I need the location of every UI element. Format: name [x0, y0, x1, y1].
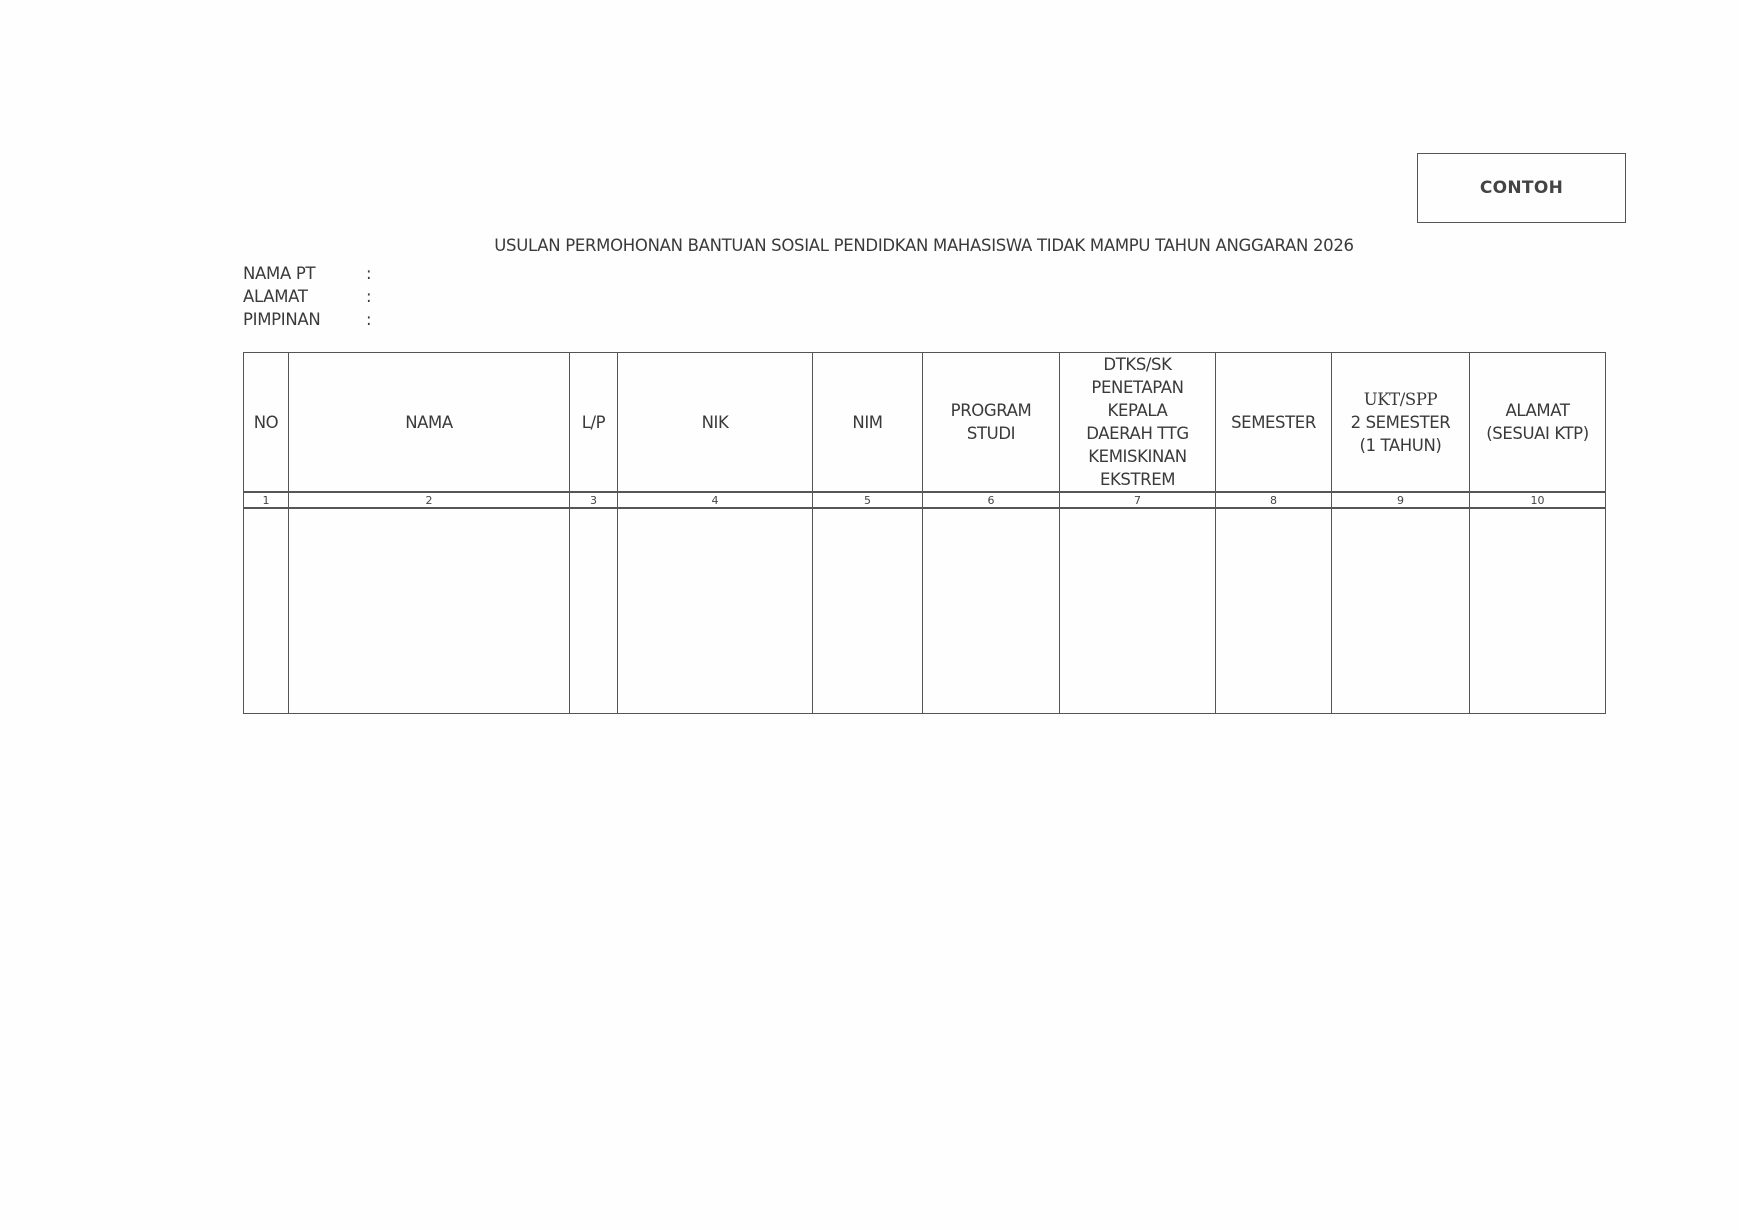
pimpinan-field[interactable] [378, 308, 578, 331]
header-line: (SESUAI KTP) [1470, 422, 1605, 445]
header-line: UKT/SPP [1332, 388, 1469, 411]
column-number-row: 1 2 3 4 5 6 7 8 9 10 [244, 492, 1606, 508]
column-number: 10 [1470, 492, 1606, 508]
info-row-nama-pt: NAMA PT : [243, 262, 578, 285]
column-header-alamat-ktp: ALAMAT (SESUAI KTP) [1470, 353, 1606, 493]
cell-nik[interactable] [618, 508, 813, 714]
header-line: KEMISKINAN [1060, 445, 1215, 468]
info-label: ALAMAT [243, 285, 366, 308]
column-header-program-studi: PROGRAM STUDI [923, 353, 1060, 493]
column-header-no: NO [244, 353, 289, 493]
cell-alamat-ktp[interactable] [1470, 508, 1606, 714]
header-line: ALAMAT [1470, 399, 1605, 422]
column-number: 5 [813, 492, 923, 508]
column-header-nim: NIM [813, 353, 923, 493]
column-number: 3 [570, 492, 618, 508]
info-colon: : [366, 262, 378, 285]
column-header-nik: NIK [618, 353, 813, 493]
column-number: 7 [1060, 492, 1216, 508]
header-line: (1 TAHUN) [1332, 434, 1469, 457]
column-number: 6 [923, 492, 1060, 508]
contoh-label: CONTOH [1480, 178, 1563, 198]
nama-pt-field[interactable] [378, 262, 578, 285]
contoh-stamp-box: CONTOH [1417, 153, 1626, 223]
column-header-semester: SEMESTER [1216, 353, 1332, 493]
cell-no[interactable] [244, 508, 289, 714]
column-header-ukt-spp: UKT/SPP 2 SEMESTER (1 TAHUN) [1332, 353, 1470, 493]
cell-nama[interactable] [289, 508, 570, 714]
header-line: DTKS/SK [1060, 353, 1215, 376]
column-header-nama: NAMA [289, 353, 570, 493]
header-line: KEPALA [1060, 399, 1215, 422]
column-number: 8 [1216, 492, 1332, 508]
document-page: CONTOH USULAN PERMOHONAN BANTUAN SOSIAL … [0, 0, 1739, 1230]
column-header-dtks-sk: DTKS/SK PENETAPAN KEPALA DAERAH TTG KEMI… [1060, 353, 1216, 493]
column-number: 2 [289, 492, 570, 508]
info-row-pimpinan: PIMPINAN : [243, 308, 578, 331]
info-label: PIMPINAN [243, 308, 366, 331]
column-header-lp: L/P [570, 353, 618, 493]
column-number: 9 [1332, 492, 1470, 508]
cell-dtks-sk[interactable] [1060, 508, 1216, 714]
header-line: PENETAPAN [1060, 376, 1215, 399]
cell-nim[interactable] [813, 508, 923, 714]
header-line: 2 SEMESTER [1332, 411, 1469, 434]
info-colon: : [366, 308, 378, 331]
cell-program-studi[interactable] [923, 508, 1060, 714]
column-number: 4 [618, 492, 813, 508]
info-label: NAMA PT [243, 262, 366, 285]
institution-info: NAMA PT : ALAMAT : PIMPINAN : [243, 262, 578, 331]
header-line: DAERAH TTG [1060, 422, 1215, 445]
cell-ukt-spp[interactable] [1332, 508, 1470, 714]
cell-lp[interactable] [570, 508, 618, 714]
column-number: 1 [244, 492, 289, 508]
table-header-row: NO NAMA L/P NIK NIM PROGRAM STUDI DTKS/S… [244, 353, 1606, 493]
header-line: PROGRAM [923, 399, 1059, 422]
table-row [244, 508, 1606, 714]
info-row-alamat: ALAMAT : [243, 285, 578, 308]
document-title: USULAN PERMOHONAN BANTUAN SOSIAL PENDIDK… [243, 236, 1605, 255]
applicant-table: NO NAMA L/P NIK NIM PROGRAM STUDI DTKS/S… [243, 352, 1605, 712]
header-line: EKSTREM [1060, 468, 1215, 491]
header-line: STUDI [923, 422, 1059, 445]
cell-semester[interactable] [1216, 508, 1332, 714]
info-colon: : [366, 285, 378, 308]
alamat-field[interactable] [378, 285, 578, 308]
